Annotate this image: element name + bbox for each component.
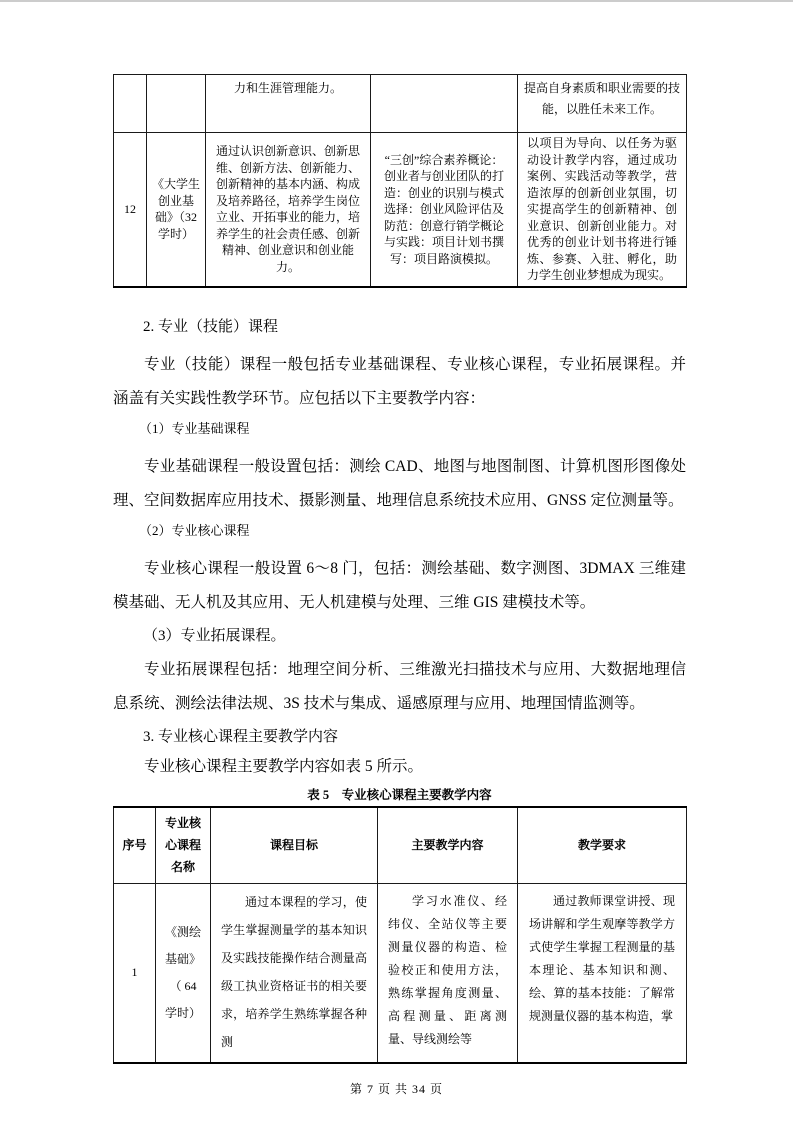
heading-2-skill-courses: 2. 专业（技能）课程	[113, 317, 686, 337]
row12-objective-cell: 通过认识创新意识、创新思维、创新方法、创新能力、创新精神的基本内涵、构成及培养路…	[206, 133, 371, 287]
row1-seq-cell: 1	[114, 883, 156, 1063]
table-row-12: 12 《大学生创业基础》（32学时） 通过认识创新意识、创新思维、创新方法、创新…	[114, 133, 687, 287]
item-3-extension-courses: （3）专业拓展课程。	[113, 625, 686, 647]
item-1-basic-courses: （1）专业基础课程	[113, 419, 686, 439]
table5-row-1: 1 《测绘基础》（ 64 学时） 通过本课程的学习，使学生掌握测量学的基本知识及…	[114, 883, 687, 1063]
paragraph-see-table5: 专业核心课程主要教学内容如表 5 所示。	[113, 756, 686, 778]
header-seq: 序号	[114, 807, 156, 884]
page-number-footer: 第 7 页 共 34 页	[0, 1080, 793, 1097]
document-page: 力和生涯管理能力。 提高自身素质和职业需要的技能，以胜任未来工作。 12 《大学…	[113, 0, 686, 1064]
cont-requirement-cell: 提高自身素质和职业需要的技能，以胜任未来工作。	[518, 75, 687, 133]
cont-content-cell	[371, 75, 518, 133]
row12-name-cell: 《大学生创业基础》（32学时）	[147, 133, 206, 287]
paragraph-skill-courses-intro: 专业（技能）课程一般包括专业基础课程、专业核心课程，专业拓展课程。并涵盖有关实践…	[113, 348, 686, 416]
table5-header-row: 序号 专业核心课程名称 课程目标 主要教学内容 教学要求	[114, 807, 687, 884]
row1-name-cell: 《测绘基础》（ 64 学时）	[156, 883, 211, 1063]
row1-requirement-cell: 通过教师课堂讲授、现场讲解和学生观摩等教学方式使学生掌握工程测量的基本理论、基本…	[518, 883, 687, 1063]
header-requirement: 教学要求	[518, 807, 687, 884]
paragraph-basic-courses: 专业基础课程一般设置包括：测绘 CAD、地图与地图制图、计算机图形图像处理、空间…	[113, 450, 686, 518]
row1-content-cell: 学习水准仪、经纬仪、全站仪等主要测量仪器的构造、检验校正和使用方法，熟练掌握角度…	[378, 883, 518, 1063]
row1-objective-cell: 通过本课程的学习，使学生掌握测量学的基本知识及实践技能操作结合测量高级工执业资格…	[211, 883, 378, 1063]
core-courses-table: 序号 专业核心课程名称 课程目标 主要教学内容 教学要求 1 《测绘基础》（ 6…	[113, 806, 687, 1064]
header-objective: 课程目标	[211, 807, 378, 884]
cont-name-cell	[147, 75, 206, 133]
heading-3-core-teaching-content: 3. 专业核心课程主要教学内容	[113, 727, 686, 747]
row12-requirement-cell: 以项目为导向、以任务为驱动设计教学内容，通过成功案例、实践活动等教学，营造浓厚的…	[518, 133, 687, 287]
item-2-core-courses: （2）专业核心课程	[113, 521, 686, 541]
general-courses-table: 力和生涯管理能力。 提高自身素质和职业需要的技能，以胜任未来工作。 12 《大学…	[113, 74, 687, 288]
row12-seq-cell: 12	[114, 133, 147, 287]
table5-caption: 表 5 专业核心课程主要教学内容	[113, 785, 686, 803]
header-course-name: 专业核心课程名称	[156, 807, 211, 884]
table-row-continuation: 力和生涯管理能力。 提高自身素质和职业需要的技能，以胜任未来工作。	[114, 75, 687, 133]
cont-seq-cell	[114, 75, 147, 133]
cont-objective-cell: 力和生涯管理能力。	[206, 75, 371, 133]
header-content: 主要教学内容	[378, 807, 518, 884]
paragraph-extension-courses: 专业拓展课程包括：地理空间分析、三维激光扫描技术与应用、大数据地理信息系统、测绘…	[113, 653, 686, 721]
row12-content-cell: “三创”综合素养概论：创业者与创业团队的打造：创业的识别与模式选择：创业风险评估…	[371, 133, 518, 287]
paragraph-core-courses: 专业核心课程一般设置 6～8 门，包括：测绘基础、数字测图、3DMAX 三维建模…	[113, 552, 686, 620]
